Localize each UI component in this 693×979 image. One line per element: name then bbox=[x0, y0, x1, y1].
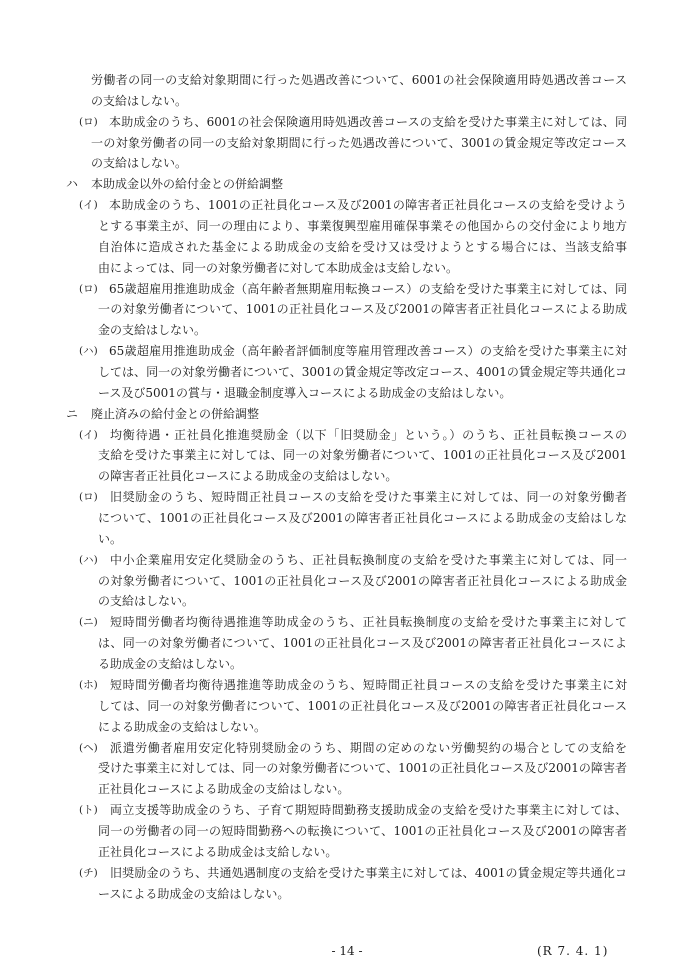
item-text: 短時間労働者均衡待遇推進等助成金のうち、正社員転換制度の支給を受けた事業主に対し… bbox=[110, 612, 627, 633]
list-item: (ハ)65歳超雇用推進助成金（高年齢者評価制度等雇用管理改善コース）の支給を受け… bbox=[0, 341, 693, 362]
text-line: ース及び5001の賞与・退職金制度導入コースによる助成金の支給はしない。 bbox=[0, 383, 693, 404]
paragraph-text: 労働者の同一の支給対象期間に行った処遇改善について、6001の社会保険適用時処遇… bbox=[91, 70, 627, 91]
section-heading: ハ本助成金以外の給付金との併給調整 bbox=[0, 174, 693, 195]
list-item: (ロ)本助成金のうち、6001の社会保険適用時処遇改善コースの支給を受けた事業主… bbox=[0, 112, 693, 133]
item-text: 65歳超雇用推進助成金（高年齢者無期雇用転換コース）の支給を受けた事業主に対して… bbox=[109, 279, 627, 300]
item-text: 短時間労働者均衡待遇推進等助成金のうち、短時間正社員コースの支給を受けた事業主に… bbox=[110, 675, 627, 696]
item-text: の障害者正社員化コースによる助成金の支給はしない。 bbox=[98, 466, 627, 487]
text-line: の対象労働者について、1001の正社員化コース及び2001の障害者正社員化コース… bbox=[0, 571, 693, 592]
item-text: 支給を受けた事業主に対しては、同一の対象労働者について、1001の正社員化コース… bbox=[98, 445, 627, 466]
item-marker: (イ) bbox=[79, 195, 98, 216]
item-marker: (ヘ) bbox=[79, 738, 98, 759]
item-text: 正社員化コースによる助成金の支給はしない。 bbox=[98, 779, 627, 800]
text-line: 自治体に造成された基金による助成金の支給を受け又は受けようとする場合には、当該支… bbox=[0, 237, 693, 258]
text-line: は、同一の対象労働者について、1001の正社員化コース及び2001の障害者正社員… bbox=[0, 633, 693, 654]
item-marker: (ト) bbox=[79, 800, 98, 821]
item-text: とする事業主が、同一の理由により、事業復興型雇用確保事業その他国からの交付金によ… bbox=[98, 216, 627, 237]
item-text: による助成金の支給はしない。 bbox=[98, 717, 627, 738]
item-text: 中小企業雇用安定化奨励金のうち、正社員転換制度の支給を受けた事業主に対しては、同… bbox=[110, 550, 627, 571]
page-number: - 14 - bbox=[326, 941, 368, 961]
item-text: 金の支給はしない。 bbox=[98, 320, 627, 341]
document-page: 労働者の同一の支給対象期間に行った処遇改善について、6001の社会保険適用時処遇… bbox=[0, 0, 693, 979]
revision-date: (R 7. 4. 1) bbox=[537, 941, 608, 961]
item-text: 旧奨励金のうち、短時間正社員コースの支給を受けた事業主に対しては、同一の対象労働… bbox=[110, 487, 627, 508]
text-line: 正社員化コースによる助成金の支給はしない。 bbox=[0, 779, 693, 800]
text-line: 金の支給はしない。 bbox=[0, 320, 693, 341]
item-text: 正社員化コースによる助成金は支給しない。 bbox=[98, 842, 627, 863]
item-text: しては、同一の対象労働者について、1001の正社員化コース及び2001の障害者正… bbox=[98, 696, 627, 717]
text-line: 労働者の同一の支給対象期間に行った処遇改善について、6001の社会保険適用時処遇… bbox=[0, 70, 693, 91]
item-text: の支給はしない。 bbox=[98, 591, 627, 612]
item-text: の支給はしない。 bbox=[91, 153, 627, 174]
text-line: ースによる助成金の支給はしない。 bbox=[0, 884, 693, 905]
list-item: (ヘ)派遣労働者雇用安定化特別奨励金のうち、期間の定めのない労働契約の場合として… bbox=[0, 738, 693, 759]
list-item: (ハ)中小企業雇用安定化奨励金のうち、正社員転換制度の支給を受けた事業主に対して… bbox=[0, 550, 693, 571]
item-marker: (ロ) bbox=[79, 487, 98, 508]
item-text: ース及び5001の賞与・退職金制度導入コースによる助成金の支給はしない。 bbox=[98, 383, 627, 404]
text-line: 一の対象労働者の同一の支給対象期間に行った処遇改善について、3001の賃金規定等… bbox=[0, 133, 693, 154]
item-text: 65歳超雇用推進助成金（高年齢者評価制度等雇用管理改善コース）の支給を受けた事業… bbox=[109, 341, 627, 362]
item-marker: (チ) bbox=[79, 863, 98, 884]
item-text: 両立支援等助成金のうち、子育て期短時間勤務支援助成金の支給を受けた事業主に対して… bbox=[110, 800, 627, 821]
item-marker: (ロ) bbox=[79, 279, 98, 300]
paragraph-text: の支給はしない。 bbox=[91, 91, 627, 112]
item-text: の対象労働者について、1001の正社員化コース及び2001の障害者正社員化コース… bbox=[98, 571, 627, 592]
item-text: 旧奨励金のうち、共通処遇制度の支給を受けた事業主に対しては、4001の賃金規定等… bbox=[110, 863, 627, 884]
section-heading: ニ廃止済みの給付金との併給調整 bbox=[0, 404, 693, 425]
text-line: による助成金の支給はしない。 bbox=[0, 717, 693, 738]
item-text: 本助成金のうち、6001の社会保険適用時処遇改善コースの支給を受けた事業主に対し… bbox=[109, 112, 627, 133]
item-text: 受けた事業主に対しては、同一の対象労働者について、1001の正社員化コース及び2… bbox=[98, 758, 627, 779]
item-marker: (ロ) bbox=[79, 112, 98, 133]
text-line: の障害者正社員化コースによる助成金の支給はしない。 bbox=[0, 466, 693, 487]
text-line: 支給を受けた事業主に対しては、同一の対象労働者について、1001の正社員化コース… bbox=[0, 445, 693, 466]
list-item: (ホ)短時間労働者均衡待遇推進等助成金のうち、短時間正社員コースの支給を受けた事… bbox=[0, 675, 693, 696]
item-marker: (イ) bbox=[79, 425, 98, 446]
text-line: 受けた事業主に対しては、同一の対象労働者について、1001の正社員化コース及び2… bbox=[0, 758, 693, 779]
item-text: ースによる助成金の支給はしない。 bbox=[98, 884, 627, 905]
text-line: る助成金の支給はしない。 bbox=[0, 654, 693, 675]
item-text: は、同一の対象労働者について、1001の正社員化コース及び2001の障害者正社員… bbox=[98, 633, 627, 654]
text-line: い。 bbox=[0, 529, 693, 550]
item-text: 一の対象労働者の同一の支給対象期間に行った処遇改善について、3001の賃金規定等… bbox=[91, 133, 627, 154]
text-line: 正社員化コースによる助成金は支給しない。 bbox=[0, 842, 693, 863]
list-item: (ト)両立支援等助成金のうち、子育て期短時間勤務支援助成金の支給を受けた事業主に… bbox=[0, 800, 693, 821]
item-text: 本助成金のうち、1001の正社員化コース及び2001の障害者正社員化コースの支給… bbox=[109, 195, 627, 216]
item-text: 自治体に造成された基金による助成金の支給を受け又は受けようとする場合には、当該支… bbox=[98, 237, 627, 258]
item-marker: (ニ) bbox=[79, 612, 98, 633]
section-marker: ニ bbox=[66, 404, 78, 425]
item-text: について、1001の正社員化コース及び2001の障害者正社員化コースによる助成金… bbox=[98, 508, 627, 529]
list-item: (イ)本助成金のうち、1001の正社員化コース及び2001の障害者正社員化コース… bbox=[0, 195, 693, 216]
text-line: の支給はしない。 bbox=[0, 591, 693, 612]
list-item: (ロ)65歳超雇用推進助成金（高年齢者無期雇用転換コース）の支給を受けた事業主に… bbox=[0, 279, 693, 300]
item-marker: (ハ) bbox=[79, 550, 98, 571]
list-item: (ロ)旧奨励金のうち、短時間正社員コースの支給を受けた事業主に対しては、同一の対… bbox=[0, 487, 693, 508]
text-line: の支給はしない。 bbox=[0, 91, 693, 112]
text-line: とする事業主が、同一の理由により、事業復興型雇用確保事業その他国からの交付金によ… bbox=[0, 216, 693, 237]
item-marker: (ハ) bbox=[79, 341, 98, 362]
item-text: る助成金の支給はしない。 bbox=[98, 654, 627, 675]
text-line: 一の対象労働者について、1001の正社員化コース及び2001の障害者正社員化コー… bbox=[0, 299, 693, 320]
item-text: 一の対象労働者について、1001の正社員化コース及び2001の障害者正社員化コー… bbox=[98, 299, 627, 320]
section-title: 廃止済みの給付金との併給調整 bbox=[91, 404, 627, 425]
item-text: 同一の労働者の同一の短時間勤務への転換について、1001の正社員化コース及び20… bbox=[98, 821, 627, 842]
section-marker: ハ bbox=[66, 174, 78, 195]
text-line: しては、同一の対象労働者について、3001の賃金規定等改定コース、4001の賃金… bbox=[0, 362, 693, 383]
list-item: (ニ)短時間労働者均衡待遇推進等助成金のうち、正社員転換制度の支給を受けた事業主… bbox=[0, 612, 693, 633]
text-line: 同一の労働者の同一の短時間勤務への転換について、1001の正社員化コース及び20… bbox=[0, 821, 693, 842]
section-title: 本助成金以外の給付金との併給調整 bbox=[91, 174, 627, 195]
item-text: 均衡待遇・正社員化推進奨励金（以下「旧奨励金」という。）のうち、正社員転換コース… bbox=[110, 425, 627, 446]
item-text: 由によっては、同一の対象労働者に対して本助成金は支給しない。 bbox=[98, 258, 627, 279]
list-item: (チ)旧奨励金のうち、共通処遇制度の支給を受けた事業主に対しては、4001の賃金… bbox=[0, 863, 693, 884]
text-line: 由によっては、同一の対象労働者に対して本助成金は支給しない。 bbox=[0, 258, 693, 279]
text-line: について、1001の正社員化コース及び2001の障害者正社員化コースによる助成金… bbox=[0, 508, 693, 529]
item-marker: (ホ) bbox=[79, 675, 98, 696]
text-line: の支給はしない。 bbox=[0, 153, 693, 174]
item-text: 派遣労働者雇用安定化特別奨励金のうち、期間の定めのない労働契約の場合としての支給… bbox=[110, 738, 627, 759]
item-text: い。 bbox=[98, 529, 627, 550]
list-item: (イ)均衡待遇・正社員化推進奨励金（以下「旧奨励金」という。）のうち、正社員転換… bbox=[0, 425, 693, 446]
document-body: 労働者の同一の支給対象期間に行った処遇改善について、6001の社会保険適用時処遇… bbox=[0, 70, 693, 904]
item-text: しては、同一の対象労働者について、3001の賃金規定等改定コース、4001の賃金… bbox=[98, 362, 627, 383]
text-line: しては、同一の対象労働者について、1001の正社員化コース及び2001の障害者正… bbox=[0, 696, 693, 717]
